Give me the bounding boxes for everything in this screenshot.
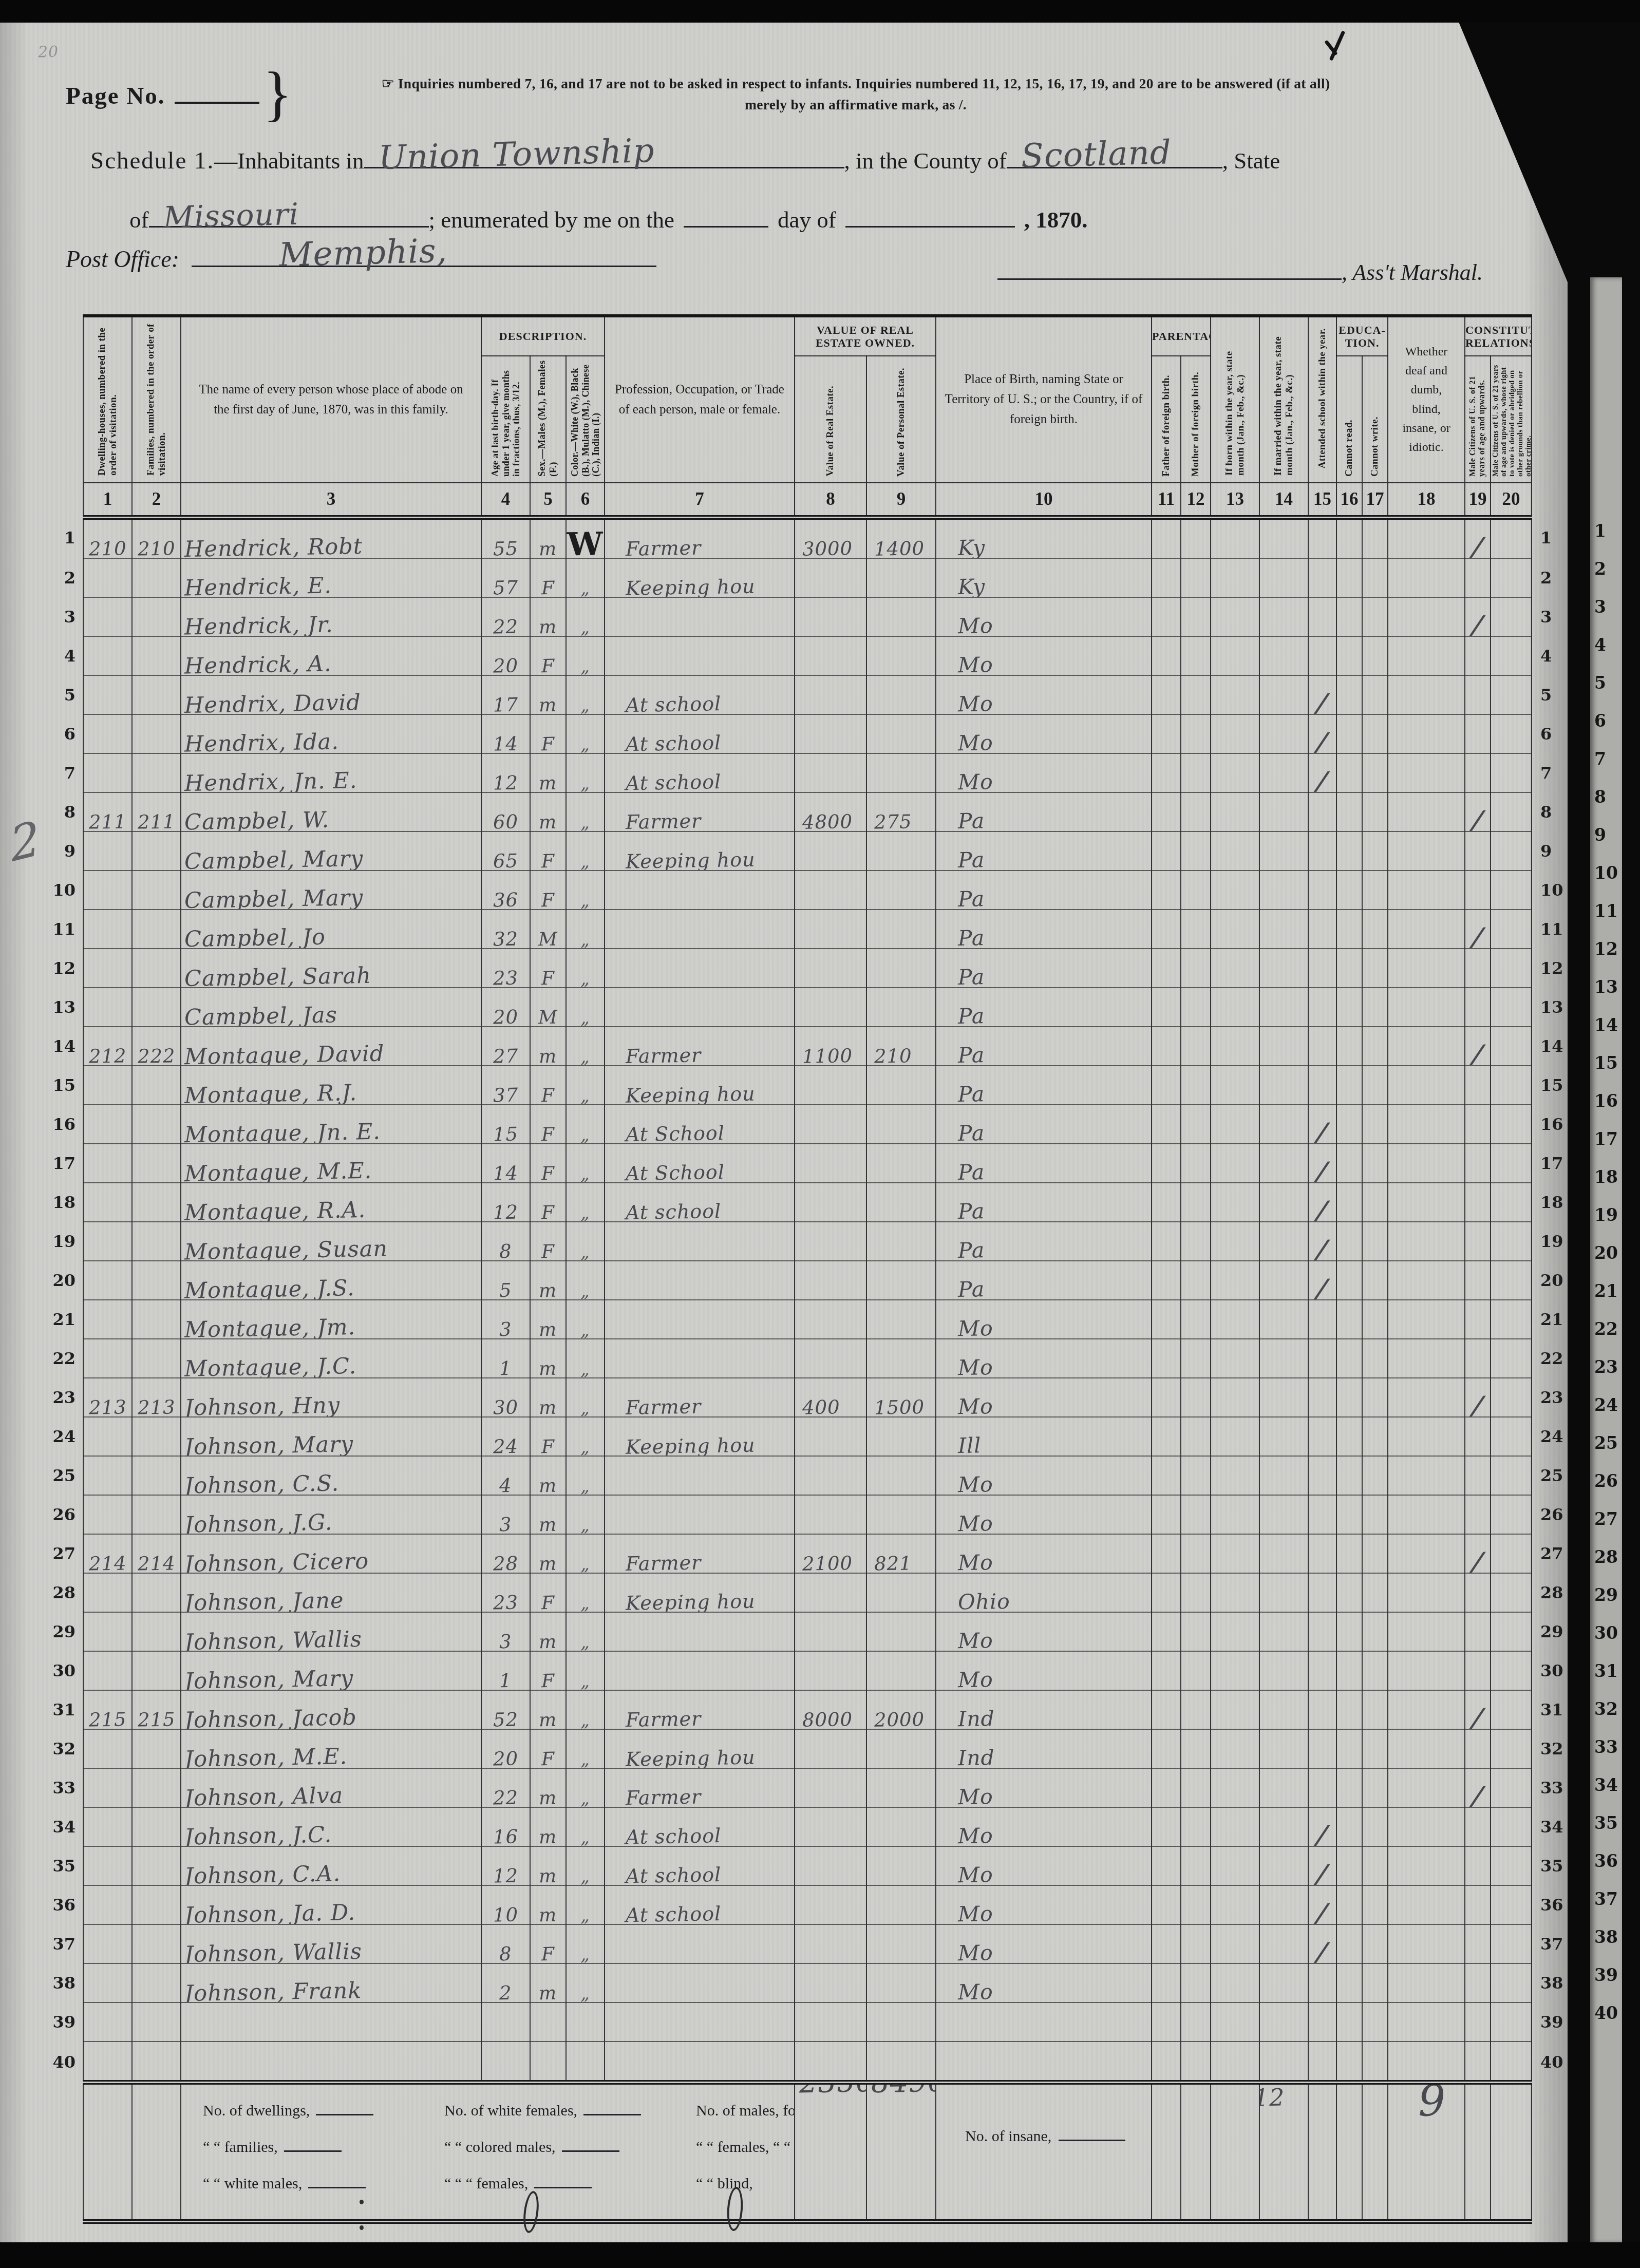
family-number-cell: [132, 1651, 181, 1690]
birthplace-cell: Ind: [936, 1729, 1152, 1768]
cannot-read-cell: [1336, 1066, 1362, 1105]
real-estate-value-cell: 2100: [795, 1534, 866, 1573]
born-month-cell: [1211, 1729, 1259, 1768]
male-citizen-21-cell: /: [1465, 792, 1491, 831]
handwritten-value: /: [1316, 771, 1329, 792]
handwritten-value: Ind: [936, 1710, 995, 1729]
person-name-cell: Campbel, Mary: [181, 871, 481, 910]
family-number-cell: [132, 1729, 181, 1768]
row-number-right: 33: [1532, 1768, 1568, 1807]
attended-school-cell: [1308, 1963, 1336, 2002]
handwritten-value: F: [541, 893, 555, 909]
person-name-cell: Hendrick, A.: [181, 636, 481, 675]
handwritten-value: F: [541, 1674, 555, 1690]
person-name-cell: Johnson, M.E.: [181, 1729, 481, 1768]
handwritten-value: 821: [867, 1555, 912, 1572]
handwritten-value: 210: [133, 540, 176, 557]
pencil-mark-top-left: 20: [38, 45, 59, 59]
handwritten-value: 3: [499, 1321, 512, 1338]
cannot-write-cell: [1362, 558, 1388, 597]
color-cell: „: [566, 1027, 605, 1066]
family-number-cell: [132, 675, 181, 714]
footer-summary-item: “ “ colored males,: [444, 2139, 696, 2156]
vote-denied-cell: [1491, 1339, 1532, 1378]
column-label-20: Male Citizens of U. S. of 21 years of ag…: [1491, 356, 1532, 480]
handwritten-value: /: [1316, 1864, 1329, 1885]
color-cell: „: [566, 1495, 605, 1534]
attended-school-cell: /: [1308, 1105, 1336, 1144]
sex-cell: F: [530, 1066, 566, 1105]
row-number-left: 25: [51, 1456, 83, 1495]
birthplace-cell: Mo: [936, 1339, 1152, 1378]
adjacent-row-number: 38: [1594, 1927, 1618, 1947]
attended-school-cell: /: [1308, 1846, 1336, 1885]
married-month-cell: [1259, 1885, 1308, 1924]
table-row: 36Johnson, Ja. D.10m„At schoolMo/36: [51, 1885, 1568, 1924]
deaf-dumb-cell: [1388, 1846, 1465, 1885]
post-office-line: Post Office: Memphis,: [66, 245, 656, 273]
row-number-right: 7: [1532, 753, 1568, 792]
column-header-9: Value of Personal Estate.: [866, 356, 936, 483]
handwritten-value: m: [539, 1283, 557, 1299]
cannot-read-cell: [1336, 1729, 1362, 1768]
footer-summary-item: No. of white females,: [444, 2102, 696, 2120]
adjacent-row-number: 4: [1594, 635, 1606, 655]
vote-denied-cell: [1491, 1417, 1532, 1456]
column-label-2: Families, numbered in the order of visit…: [144, 318, 168, 479]
column-label-4: Age at last birth-day. If under 1 year, …: [489, 356, 523, 480]
birthplace-cell: Mo: [936, 1456, 1152, 1495]
row-number-left: 3: [51, 597, 83, 636]
deaf-dumb-cell: [1388, 1144, 1465, 1183]
handwritten-value: Keeping hou: [605, 578, 756, 597]
footer-summary-blank: [562, 2148, 619, 2152]
dwelling-number-cell: [83, 753, 132, 792]
born-month-cell: [1211, 1066, 1259, 1105]
handwritten-value: F: [541, 1205, 555, 1221]
cannot-read-cell: [1336, 1963, 1362, 2002]
male-citizen-21-cell: [1465, 1339, 1491, 1378]
handwritten-value: 2000: [867, 1711, 925, 1728]
handwritten-value: 37: [493, 1087, 519, 1104]
father-foreign-cell: [1152, 1456, 1181, 1495]
handwritten-value: m: [539, 1362, 557, 1377]
vote-denied-cell: [1491, 988, 1532, 1027]
row-number-right: 21: [1532, 1300, 1568, 1339]
color-cell: „: [566, 988, 605, 1027]
handwritten-value: Pa: [936, 812, 985, 830]
cannot-write-cell: [1362, 871, 1388, 910]
deaf-dumb-cell: [1388, 949, 1465, 988]
born-month-cell: [1211, 518, 1259, 559]
handwritten-value: m: [539, 1518, 557, 1534]
row-number-column-right: [1532, 316, 1568, 518]
mother-foreign-cell: [1181, 1144, 1211, 1183]
married-month-cell: [1259, 1339, 1308, 1378]
cannot-read-cell: [1336, 1300, 1362, 1339]
column-label-15: Attended school within the year.: [1316, 325, 1329, 471]
attended-school-cell: [1308, 910, 1336, 949]
mother-foreign-cell: [1181, 910, 1211, 949]
vote-denied-cell: [1491, 1495, 1532, 1534]
row-number-left: 37: [51, 1924, 83, 1963]
row-number-left: 19: [51, 1222, 83, 1261]
personal-estate-value-cell: [866, 1768, 936, 1807]
birthplace-cell: Pa: [936, 831, 1152, 871]
deaf-dumb-cell: [1388, 1885, 1465, 1924]
row-number-left: 18: [51, 1183, 83, 1222]
sex-cell: F: [530, 636, 566, 675]
dwelling-number-cell: [83, 558, 132, 597]
adjacent-row-number: 33: [1594, 1737, 1618, 1757]
handwritten-value: m: [539, 1479, 557, 1495]
handwritten-value: Montague, Jm.: [181, 1318, 356, 1339]
handwritten-value: 2: [499, 1985, 512, 2001]
mother-foreign-cell: [1181, 518, 1211, 559]
row-number-left: 29: [51, 1612, 83, 1651]
dwelling-number-cell: [83, 2002, 132, 2042]
row-number-left: 6: [51, 714, 83, 753]
vote-denied-cell: [1491, 1846, 1532, 1885]
column-header-18: Whether deaf and dumb, blind, insane, or…: [1388, 316, 1465, 483]
personal-estate-value-cell: [866, 1339, 936, 1378]
color-cell: „: [566, 1261, 605, 1300]
deaf-dumb-cell: [1388, 1066, 1465, 1105]
color-cell: [566, 2042, 605, 2083]
footer-col16: [1336, 2083, 1362, 2222]
attended-school-cell: [1308, 792, 1336, 831]
age-cell: 24: [481, 1417, 530, 1456]
married-month-cell: [1259, 1417, 1308, 1456]
cannot-read-cell: [1336, 753, 1362, 792]
handwritten-value: Ohio: [936, 1593, 1010, 1612]
family-number-cell: [132, 714, 181, 753]
sex-cell: [530, 2002, 566, 2042]
handwritten-value: „: [580, 1011, 590, 1026]
handwritten-value: Johnson, Alva: [181, 1786, 344, 1807]
sex-cell: m: [530, 753, 566, 792]
mother-foreign-cell: [1181, 1573, 1211, 1612]
row-number-left: 17: [51, 1144, 83, 1183]
education-total: 12: [1259, 2087, 1285, 2108]
family-number-cell: [132, 636, 181, 675]
dwelling-number-cell: [83, 1885, 132, 1924]
male-citizen-21-cell: [1465, 871, 1491, 910]
born-month-cell: [1211, 597, 1259, 636]
father-foreign-cell: [1152, 1417, 1181, 1456]
cannot-read-cell: [1336, 1261, 1362, 1300]
vote-denied-cell: [1491, 1885, 1532, 1924]
occupation-cell: Farmer: [605, 1534, 795, 1573]
handwritten-value: 210: [84, 540, 127, 557]
deaf-dumb-cell: [1388, 518, 1465, 559]
birthplace-cell: [936, 2042, 1152, 2083]
real-estate-value-cell: [795, 1105, 866, 1144]
row-number-left: 11: [51, 910, 83, 949]
adjacent-row-number: 12: [1594, 939, 1618, 959]
footer-summary-blank: [308, 2185, 366, 2188]
born-month-cell: [1211, 1417, 1259, 1456]
occupation-cell: [605, 949, 795, 988]
handwritten-value: At school: [605, 1203, 722, 1221]
born-month-cell: [1211, 2002, 1259, 2042]
column-number-7: 7: [605, 483, 795, 518]
handwritten-value: Ill: [936, 1437, 982, 1455]
row-number-left: 24: [51, 1417, 83, 1456]
handwritten-value: 12: [493, 1868, 519, 1884]
person-name-cell: Montague, Jn. E.: [181, 1105, 481, 1144]
father-foreign-cell: [1152, 792, 1181, 831]
color-cell: „: [566, 675, 605, 714]
deaf-dumb-cell: [1388, 988, 1465, 1027]
mother-foreign-cell: [1181, 753, 1211, 792]
attended-school-cell: [1308, 831, 1336, 871]
real-estate-value-cell: [795, 597, 866, 636]
person-name-cell: Hendrick, E.: [181, 558, 481, 597]
dwelling-number-cell: [83, 1807, 132, 1846]
color-cell: „: [566, 1183, 605, 1222]
mother-foreign-cell: [1181, 2002, 1211, 2042]
married-month-cell: [1259, 988, 1308, 1027]
footer-col13: [1211, 2083, 1259, 2222]
born-month-cell: [1211, 558, 1259, 597]
state-label: , State: [1222, 147, 1280, 174]
handwritten-value: Mo: [936, 773, 993, 792]
column-header-19: Male Citizens of U. S. of 21 years of ag…: [1465, 356, 1491, 483]
row-number-right: 36: [1532, 1885, 1568, 1924]
born-month-cell: [1211, 1027, 1259, 1066]
row-number-right: 32: [1532, 1729, 1568, 1768]
adjacent-row-number: 39: [1594, 1965, 1618, 1985]
dwelling-number-cell: [83, 831, 132, 871]
married-month-cell: [1259, 714, 1308, 753]
male-citizens-total: 9: [1418, 2083, 1446, 2120]
person-name-cell: Montague, Jm.: [181, 1300, 481, 1339]
born-month-cell: [1211, 792, 1259, 831]
male-citizen-21-cell: /: [1465, 1027, 1491, 1066]
adjacent-row-number: 2: [1594, 559, 1606, 579]
birthplace-cell: Pa: [936, 949, 1152, 988]
insane-label: No. of insane,: [965, 2128, 1051, 2145]
footer-summary-label: “ “ white males,: [203, 2175, 302, 2193]
row-number-right: 4: [1532, 636, 1568, 675]
family-number-cell: [132, 1105, 181, 1144]
handwritten-value: Mo: [936, 1827, 993, 1846]
row-number-left: 34: [51, 1807, 83, 1846]
adjacent-row-number: 7: [1594, 749, 1606, 769]
county-label: , in the County of: [844, 147, 1007, 174]
column-label-12: Mother of foreign birth.: [1189, 369, 1202, 480]
handwritten-value: Pa: [936, 968, 985, 987]
handwritten-value: „: [580, 1791, 590, 1806]
sex-cell: F: [530, 831, 566, 871]
handwritten-value: 57: [493, 580, 519, 596]
occupation-cell: [605, 910, 795, 949]
age-cell: 22: [481, 1768, 530, 1807]
family-number-cell: 210: [132, 518, 181, 559]
family-number-cell: [132, 558, 181, 597]
cannot-write-cell: [1362, 1573, 1388, 1612]
family-number-cell: 211: [132, 792, 181, 831]
cannot-read-cell: [1336, 910, 1362, 949]
vote-denied-cell: [1491, 1612, 1532, 1651]
birthplace-cell: Mo: [936, 1924, 1152, 1963]
handwritten-value: 12: [493, 775, 519, 791]
personal-estate-total: 8490: [871, 2083, 936, 2095]
handwritten-value: m: [539, 1713, 557, 1729]
row-number-left: 5: [51, 675, 83, 714]
handwritten-value: Montague, M.E.: [181, 1162, 372, 1183]
group-header-valueofrealestateowned: Value of Real Estate owned.: [795, 316, 936, 356]
cannot-write-cell: [1362, 675, 1388, 714]
row-number-right: 17: [1532, 1144, 1568, 1183]
dwelling-number-cell: [83, 2042, 132, 2083]
family-number-cell: [132, 2042, 181, 2083]
row-number-right: 6: [1532, 714, 1568, 753]
column-header-20: Male Citizens of U. S. of 21 years of ag…: [1491, 356, 1532, 483]
deaf-dumb-cell: [1388, 1183, 1465, 1222]
personal-estate-value-cell: [866, 910, 936, 949]
handwritten-value: 15: [493, 1126, 519, 1143]
handwritten-value: Pa: [936, 1241, 985, 1260]
personal-estate-value-cell: [866, 753, 936, 792]
father-foreign-cell: [1152, 1027, 1181, 1066]
occupation-cell: Farmer: [605, 1378, 795, 1417]
row-number-right: 16: [1532, 1105, 1568, 1144]
birthplace-cell: Pa: [936, 910, 1152, 949]
male-citizen-21-cell: [1465, 714, 1491, 753]
handwritten-value: /: [1316, 1122, 1329, 1144]
handwritten-value: „: [580, 1596, 590, 1611]
row-number-left: 30: [51, 1651, 83, 1690]
family-number-cell: [132, 1573, 181, 1612]
handwritten-value: 20: [493, 1751, 519, 1767]
age-cell: 12: [481, 753, 530, 792]
color-cell: „: [566, 949, 605, 988]
age-cell: 2: [481, 1963, 530, 2002]
born-month-cell: [1211, 1261, 1259, 1300]
deaf-dumb-cell: [1388, 1768, 1465, 1807]
vote-denied-cell: [1491, 1963, 1532, 2002]
person-name-cell: Campbel, Mary: [181, 831, 481, 871]
column-number-13: 13: [1211, 483, 1259, 518]
handwritten-value: Hendrix, Ida.: [181, 732, 339, 753]
row-number-left: 39: [51, 2002, 83, 2042]
row-number-right: 27: [1532, 1534, 1568, 1573]
row-number-left: 16: [51, 1105, 83, 1144]
age-cell: 65: [481, 831, 530, 871]
row-number-right: 8: [1532, 792, 1568, 831]
handwritten-value: „: [580, 1206, 590, 1221]
real-estate-value-cell: [795, 1846, 866, 1885]
personal-estate-value-cell: [866, 597, 936, 636]
attended-school-cell: [1308, 1534, 1336, 1573]
column-number-12: 12: [1181, 483, 1211, 518]
column-label-18: Whether deaf and dumb, blind, insane, or…: [1388, 339, 1464, 460]
handwritten-value: 22: [493, 619, 519, 635]
footer-summary-label: “ “ “ females,: [444, 2175, 528, 2193]
handwritten-value: Montague, R.J.: [181, 1084, 357, 1105]
family-number-cell: [132, 1417, 181, 1456]
adjacent-row-number: 28: [1594, 1547, 1618, 1567]
real-estate-value-cell: [795, 1144, 866, 1183]
color-cell: „: [566, 1534, 605, 1573]
deaf-dumb-cell: [1388, 1222, 1465, 1261]
cannot-read-cell: [1336, 675, 1362, 714]
handwritten-value: /: [1316, 1239, 1329, 1261]
column-label-1: Dwelling-houses, numbered in the order o…: [96, 318, 120, 479]
row-number-right: 35: [1532, 1846, 1568, 1885]
attended-school-cell: /: [1308, 714, 1336, 753]
birthplace-cell: Mo: [936, 1885, 1152, 1924]
personal-estate-value-cell: [866, 1417, 936, 1456]
deaf-dumb-cell: [1388, 1027, 1465, 1066]
column-label-7: Profession, Occupation, or Trade of each…: [605, 377, 794, 423]
handwritten-value: F: [541, 1088, 555, 1104]
header-number-row: 1234567891011121314151617181920: [51, 483, 1568, 518]
married-month-cell: [1259, 753, 1308, 792]
sex-cell: m: [530, 1261, 566, 1300]
dwelling-number-cell: [83, 1222, 132, 1261]
person-name-cell: Johnson, Frank: [181, 1963, 481, 2002]
dwelling-number-cell: [83, 675, 132, 714]
person-name-cell: Johnson, Mary: [181, 1651, 481, 1690]
person-name-cell: Johnson, Wallis: [181, 1612, 481, 1651]
handwritten-value: Mo: [936, 1632, 993, 1651]
age-cell: 16: [481, 1807, 530, 1846]
state-blank: Missouri: [149, 222, 429, 228]
handwritten-value: 2100: [795, 1555, 853, 1572]
sex-cell: m: [530, 597, 566, 636]
handwritten-value: 1400: [867, 540, 925, 557]
attended-school-cell: [1308, 1768, 1336, 1807]
mother-foreign-cell: [1181, 831, 1211, 871]
mother-foreign-cell: [1181, 1378, 1211, 1417]
attended-school-cell: /: [1308, 1885, 1336, 1924]
handwritten-value: 27: [493, 1048, 519, 1065]
handwritten-value: /: [1471, 1786, 1484, 1807]
male-citizen-21-cell: [1465, 558, 1491, 597]
adjacent-row-number: 29: [1594, 1585, 1618, 1605]
handwritten-value: Montague, J.S.: [181, 1279, 355, 1300]
born-month-cell: [1211, 1300, 1259, 1339]
adjacent-row-number: 21: [1594, 1281, 1618, 1301]
film-edge-bottom: [0, 2242, 1640, 2268]
deaf-dumb-cell: [1388, 1339, 1465, 1378]
row-number-left: 32: [51, 1729, 83, 1768]
real-estate-value-cell: [795, 1222, 866, 1261]
age-cell: 8: [481, 1222, 530, 1261]
real-estate-value-cell: [795, 1729, 866, 1768]
real-estate-value-cell: [795, 1612, 866, 1651]
birthplace-cell: Mo: [936, 714, 1152, 753]
footer-summary-item: No. of dwellings,: [203, 2102, 444, 2120]
deaf-dumb-cell: [1388, 753, 1465, 792]
handwritten-value: Keeping hou: [605, 1749, 756, 1768]
sex-cell: m: [530, 1027, 566, 1066]
deaf-dumb-cell: [1388, 1105, 1465, 1144]
color-cell: „: [566, 1300, 605, 1339]
vote-denied-cell: [1491, 1690, 1532, 1729]
real-estate-value-cell: 1100: [795, 1027, 866, 1066]
deaf-dumb-cell: [1388, 597, 1465, 636]
color-cell: „: [566, 1846, 605, 1885]
married-month-cell: [1259, 558, 1308, 597]
attended-school-cell: /: [1308, 1924, 1336, 1963]
sex-cell: F: [530, 1105, 566, 1144]
row-number-left: 7: [51, 753, 83, 792]
male-citizen-21-cell: [1465, 1612, 1491, 1651]
